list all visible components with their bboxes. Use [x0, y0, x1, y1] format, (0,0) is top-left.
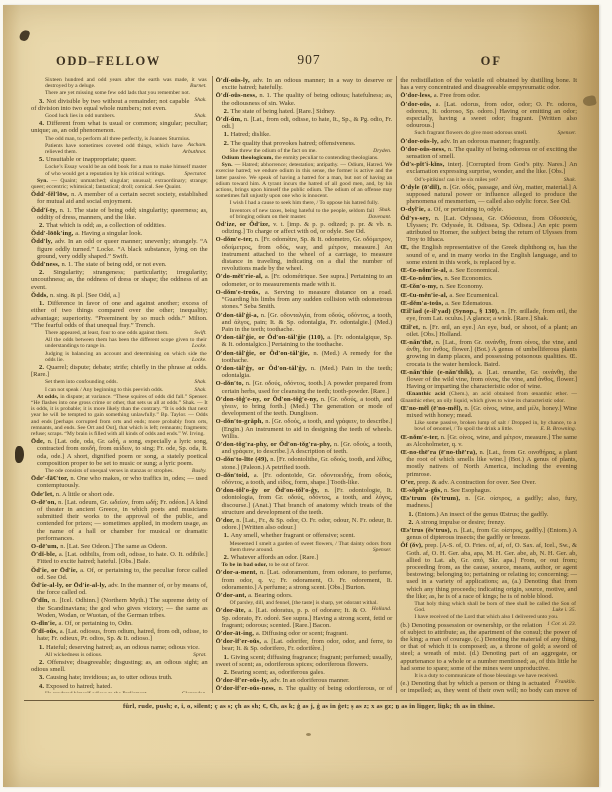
sense: 5. Unsuitable or inappropriate; queer.: [31, 156, 208, 163]
citation: Locke.: [187, 343, 207, 349]
sense: 2. Singularity; strangeness; particulari…: [31, 269, 208, 291]
headword: Ō′dĭ-oŭs,: [31, 628, 60, 635]
headword: 1.: [224, 131, 231, 138]
citation: Busby.: [187, 468, 207, 474]
headword: At odds,: [37, 394, 60, 400]
entry: Œil′iad (e-il′yad) (Synop., § 130), n. […: [400, 308, 577, 322]
entry: O-dĭn′ie, a. Of, or pertaining to, Odin.: [31, 620, 208, 627]
headword: Ō′dor-a-ment,: [216, 569, 260, 576]
headword: 1.: [224, 654, 231, 661]
headword: Odium theologicum,: [222, 155, 275, 161]
entry: Ō′don-tŏl′o-ġy or Ŏd′on-tŏl′o-ġy, n. [Fr…: [216, 487, 393, 516]
citation: Spenser.: [553, 130, 577, 136]
headword: Ō′dor-oŭs-ly,: [400, 138, 440, 145]
entry: Ō′dor-ant, a. Bearing odors.: [216, 592, 393, 599]
entry: Ŏd′s-pĭt′i-kĭns, interj. [Corrupted from…: [400, 161, 577, 175]
citation: Shak.: [189, 379, 206, 385]
quotation: Good luck lies in odd numbers.Shak.: [31, 113, 208, 119]
citation: Luke i. 35.: [547, 607, 576, 613]
headword: Syn.: [37, 178, 51, 184]
citation: Davenant.: [363, 214, 391, 220]
entry: Ōde, n. [Lat. ode, oda, Gr. ωδή, a song,…: [31, 438, 208, 467]
quotation: Like some passive, broken lump of salt /…: [400, 420, 577, 432]
headword: 3.: [39, 674, 46, 681]
entry: Ŏdd′ĭ-ty, n. 1. The state of being odd; …: [31, 207, 208, 221]
headword: Œ-nŏm′e-ter,: [400, 434, 440, 441]
sense: 2. Quarrel; dispute; debate; strife; chi…: [31, 364, 208, 378]
entry: Œs′trum (ĕs′trum), n. [Gr. οίστρος, a ga…: [400, 495, 577, 509]
quotation: I wish I had a cause to seek him there, …: [216, 200, 393, 206]
headword: Ōde′-fā€′tor,: [31, 475, 70, 482]
headword: Ō′do-mĕt′rie-al,: [216, 273, 265, 280]
entry: O-dŏn′to, n. [Gr. οδούς, οδόντος, tooth.…: [216, 380, 393, 394]
quotation: Inventors of new taxes, being hateful to…: [216, 208, 393, 220]
sense: 4. Different from what is usual or commo…: [31, 120, 208, 134]
sense: 2. A strong impulse or desire; frenzy.: [400, 519, 577, 526]
entry: Ō′don-tăl′ġi-a, n. [Gr. οδονταλγία, from…: [216, 312, 393, 334]
entry: Ō′dĭn, n. [Icel. Odhinn.] (Northern Myth…: [31, 597, 208, 619]
quotation: Sixteen hundred and odd years after the …: [31, 77, 208, 89]
headword: Ŏdd′ly,: [31, 238, 55, 245]
citation: Spenser.: [368, 547, 392, 553]
guide-word-left: ODD–FELLOW: [56, 54, 161, 69]
sense: 3. Not divisible by two without a remain…: [31, 98, 208, 112]
headword: O-dŏm′e-troŭs,: [216, 289, 265, 296]
column-1: Sixteen hundred and odd years after the …: [28, 76, 212, 693]
quotation: All the odds between them has been the d…: [31, 337, 208, 349]
quotation: Judging is balancing an account and dete…: [31, 351, 208, 363]
headword: Ŏdd′ĭ-ty,: [31, 207, 60, 214]
entry: Ŏdd′ness, n. 1. The state of being odd, …: [31, 261, 208, 268]
quotation: I have received of the Lord that which a…: [400, 614, 577, 620]
citation: Shak.: [374, 207, 391, 213]
sense: 2. The state of being hated. [Rare.] Sid…: [216, 108, 393, 115]
quotation: Of parsley, dill, and fennel, [the taste…: [216, 600, 393, 606]
entry: Ō′dor-āt-ing, a. Diffusing odor or scent…: [216, 630, 393, 637]
citation: Clarendon.: [177, 691, 207, 693]
headword: Syn.: [222, 162, 235, 168]
headword: Ō′dor-āte,: [216, 607, 249, 614]
entry: Œs′trus (ĕs′trus), n. [Lat., from Gr. οί…: [400, 527, 577, 541]
guide-word-right: OF: [481, 54, 502, 69]
pronunciation-key: fûrl, rude, push; e, i, o, silent; ç as …: [24, 703, 594, 710]
entry: Ō′dĭ-oŭs-ly, adv. In an odious manner; i…: [216, 77, 393, 91]
headword: Ō′don-tăl′ġi-a,: [216, 312, 261, 319]
headword: O-dē′on,: [31, 499, 58, 506]
citation: Spectator.: [179, 171, 206, 177]
headword: To be in bad odor,: [222, 562, 269, 568]
headword: Ŏd′ie-al-ly, or Ōd′ie-al-ly,: [31, 582, 108, 589]
headword: Œ-sŏph′a-gŭs,: [400, 487, 444, 494]
headword: 3.: [39, 98, 46, 105]
headword: Ōde,: [31, 438, 48, 445]
headword: Ōd′ize, or Ŏd′ize,: [216, 221, 274, 228]
headword: Œil′iad (e-il′yad) (Synop., § 130),: [400, 308, 501, 315]
sense: 1. Difference in favor of one and agains…: [31, 300, 208, 329]
headword: Œ-năn′thie (e-năn′thĭk),: [400, 369, 478, 376]
headword: 2.: [39, 364, 46, 371]
quotation: It is a duty to communicate of those ble…: [400, 673, 577, 679]
entry: Ō′dor-less, a. Free from odor.: [400, 92, 577, 99]
citation: Shak.: [189, 97, 206, 103]
entry: Œ-€ŏn′o-my, n. See Economy.: [400, 283, 577, 290]
citation: 1 Cor. xi. 23.: [542, 621, 576, 627]
headword: Ō′dyle (ō′dĭl),: [400, 184, 443, 191]
entry: Ō′don-tŏġ′e-ny, or Ŏd′on-tŏġ′e-ny, n. [G…: [216, 396, 393, 418]
headword: Ō′dĭn,: [31, 597, 52, 604]
running-head: 907 ODD–FELLOW OF: [28, 52, 590, 72]
headword: Œ-năn′thē,: [400, 339, 435, 346]
headword: Ō′don-tŏġ′e-ny, or Ŏd′on-tŏġ′e-ny,: [216, 396, 321, 403]
quotation: Meseemed I smelt a garden of sweet flowe…: [216, 541, 393, 553]
sense: 2. Whatever affords an odor. [Rare.]: [216, 554, 393, 561]
citation: Arbuthnot.: [178, 149, 207, 155]
ink-speck-bottom: [306, 733, 311, 736]
entry: Ŏdds, n. sing. & pl. [See Odd, a.]: [31, 292, 208, 299]
entry: Ō′dĭ-oŭs, a. [Lat. odiosus, from odium, …: [31, 628, 208, 642]
headword: Œ-€ŏn′o-my,: [400, 283, 439, 290]
entry: Ō′don-tŏg′ra-phy, or Ŏd′on-tŏg′ra-phy, n…: [216, 441, 393, 455]
headword: O’er,: [400, 479, 417, 486]
entry: Ōde′let, n. A little or short ode.: [31, 491, 208, 498]
entry: Ō′don-tăl′ġie, or Ŏd′on-tăl′ġie (110), a…: [216, 334, 393, 348]
entry: Ō′dor-āte, a. [Lat. odoratus, p. p. of o…: [216, 607, 393, 629]
citation: Dryden.: [368, 148, 391, 154]
entry: O’er, prep. & adv. A contraction for ove…: [400, 479, 577, 486]
headword: O-dyl′ie,: [400, 206, 427, 213]
entry: Ō′dor-oŭs-ly, adv. In an odorous manner;…: [400, 138, 577, 145]
entry: O-dŏm′e-troŭs, a. Serving to measure dis…: [216, 289, 393, 311]
quotation: Od’s-pitikins! can it be six miles yet?S…: [400, 177, 577, 183]
headword: 1.: [408, 511, 415, 518]
entry: Ō′don-tăl′ġy, or Ŏd′on-tăl′ġy, n. (Med.)…: [216, 365, 393, 379]
headword: Œ-dĕm′a-toŭs,: [400, 300, 445, 307]
entry: Œ-€u-mĕn′ie-al, a. See Ecumenical.: [400, 292, 577, 299]
entry: Ŏdd′-fĕl′lōw, n. A member of a certain s…: [31, 191, 208, 205]
usage-note: Œnanthic acid (Chem.), an acid obtained …: [400, 391, 577, 403]
sense: 1. (Entom.) An insect of the genus Œstru…: [400, 511, 577, 518]
usage-note: At odds, in dispute; at variance. “These…: [31, 394, 208, 437]
column-2: Ō′dĭ-oŭs-ly, adv. In an odious manner; i…: [212, 76, 397, 693]
entry: Œ-sŏph′a-gŭs, n. See Esophagus.: [400, 487, 577, 494]
quotation: There appeared, at least, four to one od…: [31, 330, 208, 336]
entry: Ō′dor-a-ment, n. [Lat. odoramentum, from…: [216, 569, 393, 591]
headword: 2.: [39, 659, 47, 666]
entry: Ŏf (ŏv), prep. [A-S. of, O. Fries. of, a…: [400, 542, 577, 600]
entry: O-dŏm′e-ter, n. [Fr. odomètre, Sp. & It.…: [216, 236, 393, 272]
headword: 2.: [224, 554, 231, 561]
citation: Franklin.: [550, 679, 576, 685]
headword: Ō′dor-less,: [400, 92, 433, 99]
entry: Ōde′-fā€′tor, n. One who makes, or who t…: [31, 475, 208, 489]
sense: 2. That which is odd; as, a collection o…: [31, 222, 208, 229]
entry: Ō′dĭ-ble, a. [Lat. odibilis, from odi, o…: [31, 551, 208, 565]
headword: Ō′dor-ant,: [216, 592, 249, 599]
headword: Ŏdd′-fĕl′lōw,: [31, 191, 71, 198]
entry: O-dŏn′toid, a. [Fr. odontoïde, Gr. οδοντ…: [216, 472, 393, 486]
headword: Ō′dor-ĭf′er-oŭs-ness,: [216, 685, 279, 692]
citation: Shak.: [189, 387, 206, 393]
headword: Œ′no-mĕl (ē′no-mĕl),: [400, 405, 464, 412]
text-columns: Sixteen hundred and odd years after the …: [28, 76, 581, 693]
headword: 2.: [224, 669, 231, 676]
headword: Ō′dĭ-ŭm,: [216, 116, 244, 123]
headword: Ŏd′ie, or Ōd′ie,: [31, 567, 80, 574]
headword: O-dŏn′to-grăph,: [216, 418, 266, 425]
scanned-dictionary-page: 907 ODD–FELLOW OF Sixteen hundred and od…: [0, 0, 612, 792]
headword: Ŏd′ys-sey,: [400, 215, 434, 222]
headword: 1.: [39, 300, 47, 307]
entry: O-dē′on, n. [Lat. odeum, Gr. ωδείον, fro…: [31, 499, 208, 542]
headword: Œ-€o-nŏm′ies,: [400, 275, 444, 282]
entry: Œ′no-mĕl (ē′no-mĕl), n. [Gr. οίνος, wine…: [400, 405, 577, 419]
headword: Ō′dĭ-oŭs-ness,: [216, 92, 260, 99]
headword: Œ,: [400, 244, 411, 251]
entry: O-dyl′ie, a. Of, or pertaining to, odyle…: [400, 206, 577, 213]
entry: Ō′dor-oŭs-ness, n. The quality of being …: [400, 146, 577, 160]
entry: Œ-dĕm′a-toŭs, a. See Edematous.: [400, 300, 577, 307]
entry: Œil′et, n. [Fr. œil, an eye.] An eye, bu…: [400, 324, 577, 338]
entry: O-dŏn′to-grăph, n. [Gr. οδούς, a tooth, …: [216, 418, 393, 440]
entry: Ŏd′ie, or Ōd′ie, a. Of, or pertaining to…: [31, 567, 208, 581]
quotation: The odd man, to perform all three perfec…: [31, 136, 208, 142]
headword: Ō′don-tăl′ġie, or Ŏd′on-tăl′ġie,: [216, 350, 314, 357]
citation: Swift.: [189, 330, 207, 336]
citation: Sprat.: [188, 652, 207, 658]
quotation: She threw the odium of the fact on me.Dr…: [216, 148, 393, 154]
entry: Ō′do-mĕt′rie-al, a. [Fr. odométrique. Se…: [216, 273, 393, 287]
sense: 1. Hatred; dislike.: [216, 131, 393, 138]
usage-note: To be in bad odor, to be out of favor.: [216, 562, 393, 568]
headword: 5.: [39, 156, 46, 163]
headword: Ō′dor-āt-ing,: [216, 630, 256, 637]
headword: 2.: [39, 222, 46, 229]
headword: 4.: [39, 120, 47, 127]
usage-note: Odium theologicum, the enmity peculiar t…: [216, 155, 393, 161]
entry: Ō′dyle (ō′dĭl), n. [Gr. οδός, passage, a…: [400, 184, 577, 206]
headword: Œ-no-thē′ra (ē′no-thē′ra),: [400, 449, 479, 456]
headword: Œ-€u-mĕn′ie-al,: [400, 292, 449, 299]
sense: 1. Giving scent; diffusing fragrance; fr…: [216, 654, 393, 668]
quotation: All wickedness is odious.Sprat.: [31, 652, 208, 658]
headword: Œil′et,: [400, 324, 422, 331]
headword: 2.: [224, 140, 231, 147]
usage-note: Syn. — Hatred; abhorrence; detestation; …: [216, 162, 393, 199]
headword: Ō′don-tăl′ġy, or Ŏd′on-tăl′ġy,: [216, 365, 311, 372]
entry: Ō′dor-ĭf′er-oŭs, a. [Lat. odorifer, from…: [216, 638, 393, 652]
sense: 4. Exposed to hatred; hated.: [31, 683, 208, 690]
quotation: The ode consists of unequal verses in st…: [31, 468, 208, 474]
sense: 1. Hateful; deserving hatred; as, an odi…: [31, 644, 208, 651]
headword: O-dŏm′e-ter,: [216, 236, 255, 243]
headword: Ō′don-tăl′ġie, or Ŏd′on-tăl′ġie (110),: [216, 334, 328, 341]
entry: O-dŏn′to-līte (49), n. [Fr. odontolithe,…: [216, 456, 393, 470]
headword: Ō′dor-oŭs,: [400, 101, 435, 108]
entry: Ō′dor-ĭf′er-oŭs-ness, n. The quality of …: [216, 685, 393, 693]
headword: Ō′dor,: [216, 517, 237, 524]
headword: Ō′dĭ-oŭs-ly,: [216, 77, 253, 84]
headword: Ŏd′s-pĭt′i-kĭns,: [400, 161, 448, 168]
headword: 4.: [39, 683, 46, 690]
headword: O-dē′um,: [31, 543, 60, 550]
headword: 1.: [39, 644, 46, 651]
sense: 3. Causing hate; invidious; as, to utter…: [31, 674, 208, 681]
entry: Ŏdd′-lōōk′ing, a. Having a singular look…: [31, 230, 208, 237]
headword: O-dŏn′to,: [216, 380, 246, 387]
quotation: I can not speak / Any beginning to this …: [31, 387, 208, 393]
citation: Shak.: [189, 113, 206, 119]
headword: Ō′dor-oŭs-ness,: [400, 146, 447, 153]
headword: Ŏdds,: [31, 292, 50, 299]
headword: Ŏf (ŏv),: [400, 542, 424, 549]
footer-rule: [24, 700, 594, 701]
citation: Holland.: [367, 606, 392, 612]
headword: Œs′trum (ĕs′trum),: [400, 495, 465, 502]
headword: Œs′trus (ĕs′trus),: [400, 527, 453, 534]
headword: 2.: [224, 108, 231, 115]
entry: Œ-năn′thē, n. [Lat., from Gr. οινάνθη, f…: [400, 339, 577, 368]
headword: Ōde′let,: [31, 491, 56, 498]
headword: O-dŏn′toid,: [216, 472, 254, 479]
entry: Ō′don-tăl′ġie, or Ŏd′on-tăl′ġie, n. (Med…: [216, 350, 393, 364]
sense: 2. Offensive; disagreeable; disgusting; …: [31, 659, 208, 673]
headword: Ō′dor-ĭf′er-oŭs,: [216, 638, 264, 645]
entry: Œ-€o-nŏm′ies, n. See Economics.: [400, 275, 577, 282]
headword: Ŏdd′-lōōk′ing,: [31, 230, 75, 237]
quotation: There are yet missing some few odd lads …: [31, 90, 208, 96]
headword: O-dŏn′to-līte (49),: [216, 456, 271, 463]
headword: Œ-€o-nŏm′ie-al,: [400, 267, 449, 274]
entry: Ŏd′ys-sey, n. [Lat. Odyssea, Gr. Οδύσσει…: [400, 215, 577, 244]
entry: Œ-no-thē′ra (ē′no-thē′ra), n. [Lat., fro…: [400, 449, 577, 478]
citation: E. B. Browning.: [535, 426, 576, 432]
usage-note: Syn. — Quaint; unmatched; singular; unus…: [31, 178, 208, 190]
quotation: Set them into confounding odds.Shak.: [31, 379, 208, 385]
quotation: Patients have sometimes coveted odd thin…: [31, 143, 208, 155]
quotation: He rendered himself odious to the Parlia…: [31, 691, 208, 693]
entry: Ŏd′ie-al-ly, or Ōd′ie-al-ly, adv. In the…: [31, 582, 208, 596]
sense: 1. Any smell, whether fragrant or offens…: [216, 532, 393, 539]
quotation: Such fragrant flowers do give most odoro…: [400, 130, 577, 136]
citation: Locke.: [187, 357, 207, 363]
entry: O-dē′um, n. [Lat. See Odeon.] The same a…: [31, 543, 208, 550]
sense: 2. Bearing scent; as, odoriferous gales.: [216, 669, 393, 676]
quotation: Locke’s Essay would be an odd book for a…: [31, 164, 208, 176]
continuation: (b.) Denoting possession or ownership, o…: [400, 622, 577, 672]
entry: Ō′dor-ĭf′er-oŭs-ly, adv. In an odorifero…: [216, 677, 393, 684]
entry: Ō′dor, n. [Lat., Fr., & Sp. odor, O. Fr.…: [216, 517, 393, 531]
headword: Œnanthic acid: [406, 391, 449, 397]
entry: Ō′dĭ-ŭm, n. [Lat., from odi, odisse, to …: [216, 116, 393, 130]
headword: Ŏdd′ness,: [31, 261, 61, 268]
entry: Œ-nŏm′e-ter, n. [Gr. οίνος, wine, and μέ…: [400, 434, 577, 448]
headword: Ō′dor-ĭf′er-oŭs-ly,: [216, 677, 271, 684]
column-3: the redistillation of the volatile oil o…: [396, 76, 581, 693]
headword: Ō′don-tŏg′ra-phy, or Ŏd′on-tŏg′ra-phy,: [216, 441, 334, 448]
headword: O-dĭn′ie,: [31, 620, 59, 627]
entry: Œ-€o-nŏm′ie-al, a. See Economical.: [400, 267, 577, 274]
headword: 1.: [224, 532, 231, 539]
entry: Ō′dor-oŭs, a. [Lat. odorus, from odor, o…: [400, 101, 577, 130]
entry: Ōd′ize, or Ŏd′ize, v. t. [imp. & p. p. o…: [216, 221, 393, 235]
entry: Ō′dĭ-oŭs-ness, n. 1. The quality of bein…: [216, 92, 393, 106]
entry: Œ-năn′thie (e-năn′thĭk), a. [Lat. œnanth…: [400, 369, 577, 391]
headword: Ō′dĭ-ble,: [31, 551, 59, 558]
citation: Ascham.: [183, 142, 207, 148]
citation: Shak.: [559, 177, 576, 183]
headword: 2.: [408, 519, 415, 526]
sense: 2. The quality that provokes hatred; off…: [216, 140, 393, 147]
citation: Burnet.: [185, 83, 207, 89]
quotation: That holy thing which shall be born of t…: [400, 601, 577, 613]
headword: Ō′don-tŏl′o-ġy or Ŏd′on-tŏl′o-ġy,: [216, 487, 325, 494]
headword: 2.: [39, 269, 53, 276]
entry: Œ, the English representative of the Gre…: [400, 244, 577, 266]
continuation: the redistillation of the volatile oil o…: [400, 77, 577, 91]
entry: Ŏdd′ly, adv. In an odd or queer manner; …: [31, 238, 208, 260]
